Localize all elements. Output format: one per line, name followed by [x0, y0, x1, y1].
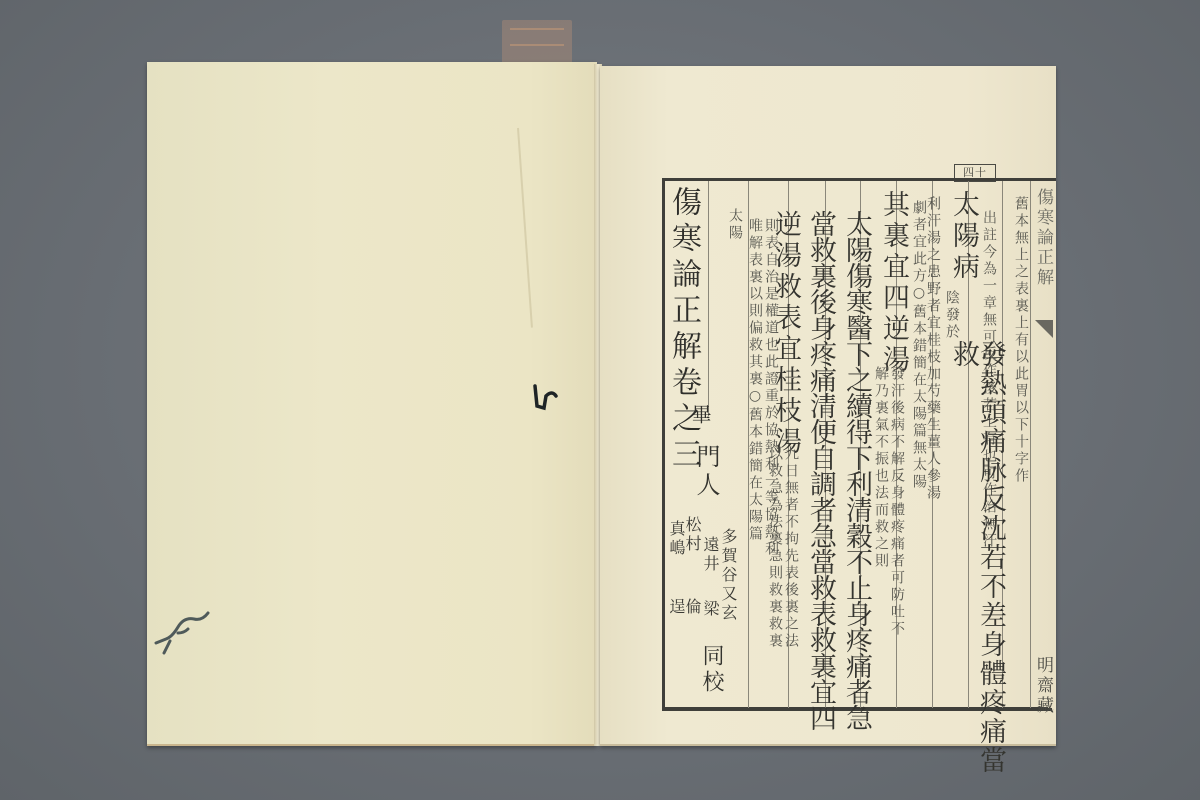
end-mark: 畢 [690, 404, 710, 427]
main-text-column: 太陽病 [950, 190, 977, 283]
fish-tail-mark [1035, 320, 1053, 338]
margin-title: 傷寒論正解 [1034, 188, 1051, 288]
colophon-given: 倫 [684, 598, 700, 617]
worm-stain-icon [152, 607, 212, 657]
annotation-column: 舊本無上之表裏上有以此胃以下十字作 [1014, 196, 1028, 485]
colophon-given: 梁 [702, 600, 718, 619]
annotation-column: 劇者宜此方○舊本錯簡在太陽篇無太陽 [912, 200, 926, 491]
annotation-column: 唯解表裏以則偏救其裏○舊本錯簡在太陽篇 [748, 218, 762, 543]
paper-crease [517, 128, 533, 328]
main-text-column: 其裏宜四逆湯 [880, 190, 907, 376]
annotation-column: 九日無者不拘先表後裏之法 [784, 446, 798, 650]
show-through-text [167, 302, 204, 333]
publisher-mark: 明齋藏 [1034, 656, 1051, 716]
colophon-surname: 松村 [684, 516, 700, 554]
library-stamp [502, 20, 572, 68]
column-rule [1030, 181, 1031, 708]
main-text-column: 太陽傷寒醫下之續得下利清穀不止身疼痛者急 [843, 210, 870, 730]
column-rule [708, 181, 709, 416]
colophon-label: 門人 [694, 444, 718, 500]
annotation-column: 解乃裏氣不振也法而救之則 [874, 366, 888, 570]
annotation-column: 太陽 [728, 208, 742, 242]
annotation-column: 發汗後病不解反身體疼痛者可防吐不 [890, 366, 904, 638]
annotation-column: 利汗湯之患野者宜桂枝加芍藥生薑人參湯 [926, 196, 940, 502]
main-text-column: 當救裏後身疼痛清便自調者急當救表救裏宜四 [807, 210, 834, 730]
colophon-given: 逞 [668, 598, 684, 617]
ink-blot-icon [532, 382, 562, 418]
colophon-surname: 真嶋 [668, 520, 684, 558]
colophon-role: 同校 [700, 644, 722, 696]
left-page [147, 62, 597, 746]
main-text-column: 發熱頭痛脉反沈若不差身體疼痛當救 [950, 340, 1004, 800]
colophon-surname: 遠井 [702, 536, 718, 574]
volume-title: 傷寒論正解卷之三 [668, 186, 698, 474]
colophon-surname: 多賀谷 [720, 528, 736, 585]
annotation-column: 陰發於 [945, 290, 959, 341]
colophon-given: 又玄 [720, 585, 736, 623]
annotation-column: 則表自治是權道也此證重於協熱利一等協熱利 [764, 218, 778, 558]
